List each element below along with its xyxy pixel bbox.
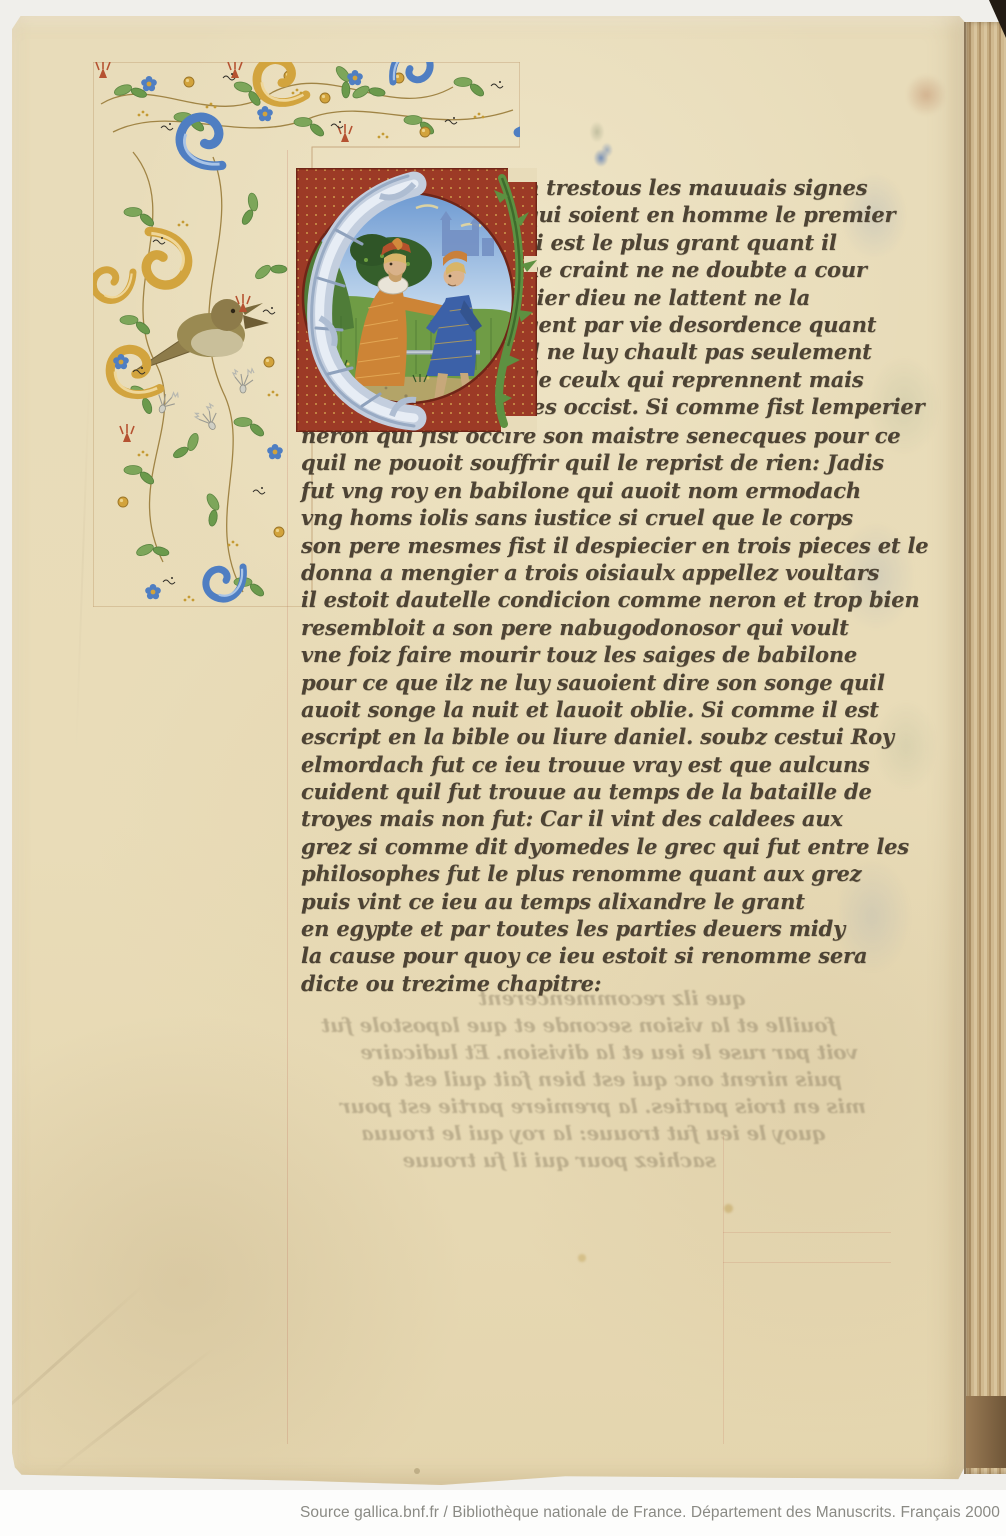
manuscript-text-line: cier dieu ne lattent ne la <box>524 284 924 311</box>
manuscript-text-line: dicte ou trezime chapitre: <box>301 970 928 997</box>
show-through-line: puis nirent onc qui est bien fait quil e… <box>300 1066 866 1093</box>
manuscript-text-line: auoit songe la nuit et lauoit oblie. Si … <box>301 696 928 723</box>
ruling-line-horizontal <box>723 1232 891 1233</box>
show-through-line: voit par ruse le ieu et la division. Et … <box>300 1039 866 1066</box>
manuscript-text-line: grez si comme dit dyomedes le grec qui f… <box>301 833 928 860</box>
source-bar: Source gallica.bnf.fr / Bibliothèque nat… <box>0 1490 1006 1536</box>
rust-offset-mark <box>898 66 954 124</box>
show-through-line: sachiez pour qui il fu trouue <box>300 1147 866 1174</box>
book-edge-shadow <box>966 1396 1006 1468</box>
manuscript-text-line: n trestous les mauuais signes <box>524 174 924 201</box>
stain-spot <box>578 1254 586 1262</box>
parchment-crease <box>0 1285 144 1448</box>
source-bar-text: Source gallica.bnf.fr / Bibliothèque nat… <box>300 1504 1000 1522</box>
manuscript-text-line: resembloit a son pere nabugodonosor qui … <box>301 614 928 641</box>
scan-stage: n trestous les mauuais signesqui soient … <box>0 0 1006 1536</box>
blue-ink-blot <box>583 120 617 172</box>
manuscript-text-line: puis vint ce ieu au temps alixandre le g… <box>301 888 928 915</box>
historiated-initial-miniature <box>296 168 537 432</box>
manuscript-text-line: il estoit dautelle condicion comme neron… <box>301 586 928 613</box>
manuscript-text-line: de ceulx qui reprennent mais <box>524 366 924 393</box>
manuscript-text-line: elmordach fut ce ieu trouue vray est que… <box>301 751 928 778</box>
manuscript-text-line: cuident quil fut trouue au temps de la b… <box>301 778 928 805</box>
manuscript-text-line: troyes mais non fut: Car il vint des cal… <box>301 805 928 832</box>
text-column-full: neron qui fist occire son maistre senecq… <box>301 422 928 997</box>
manuscript-text-line: fut vng roy en babilone qui auoit nom er… <box>301 477 928 504</box>
ruling-line-vertical <box>723 1136 724 1444</box>
parchment-crease <box>50 1345 217 1477</box>
parchment-crease <box>75 356 91 756</box>
stain-spot <box>724 1204 733 1213</box>
ruling-line-horizontal <box>723 1262 891 1263</box>
show-through-line: mis en trois parties. la premiere partie… <box>300 1093 866 1120</box>
manuscript-text-line: vne foiz faire mourir touz les saiges de… <box>301 641 928 668</box>
manuscript-text-line: si est le plus grant quant il <box>524 229 924 256</box>
manuscript-text-line: son pere mesmes fist il despiecier en tr… <box>301 532 928 559</box>
text-column-beside-initial: n trestous les mauuais signesqui soient … <box>524 174 924 421</box>
manuscript-text-line: pour ce que ilz ne luy sauoient dire son… <box>301 669 928 696</box>
manuscript-text-line: il ne luy chault pas seulement <box>524 338 924 365</box>
manuscript-page: n trestous les mauuais signesqui soient … <box>12 16 966 1488</box>
manuscript-text-line: escript en la bible ou liure daniel. sou… <box>301 723 928 750</box>
show-through-text: que ilz recommencerentfouille et la visi… <box>300 985 866 1174</box>
manuscript-text-line: quil ne pouoit souffrir quil le reprist … <box>301 449 928 476</box>
manuscript-text-line: donna a mengier a trois oisiaulx appelle… <box>301 559 928 586</box>
show-through-line: fouille et la vision seconde et que lapo… <box>300 1012 866 1039</box>
manuscript-text-line: vng homs iolis sans iustice si cruel que… <box>301 504 928 531</box>
show-through-line: quoy le ieu fut trouue: la roy qui le tr… <box>300 1120 866 1147</box>
manuscript-text-line: ne craint ne ne doubte a cour <box>524 256 924 283</box>
book-page-edges <box>964 22 1006 1474</box>
manuscript-text-line: la cause pour quoy ce ieu estoit si reno… <box>301 942 928 969</box>
manuscript-text-line: gent par vie desordence quant <box>524 311 924 338</box>
manuscript-text-line: philosophes fut le plus renomme quant au… <box>301 860 928 887</box>
manuscript-text-line: en egypte et par toutes les parties deue… <box>301 915 928 942</box>
manuscript-text-line: qui soient en homme le premier <box>524 201 924 228</box>
stain-spot <box>414 1468 420 1474</box>
manuscript-text-line: les occist. Si comme fist lemperier <box>524 393 924 420</box>
